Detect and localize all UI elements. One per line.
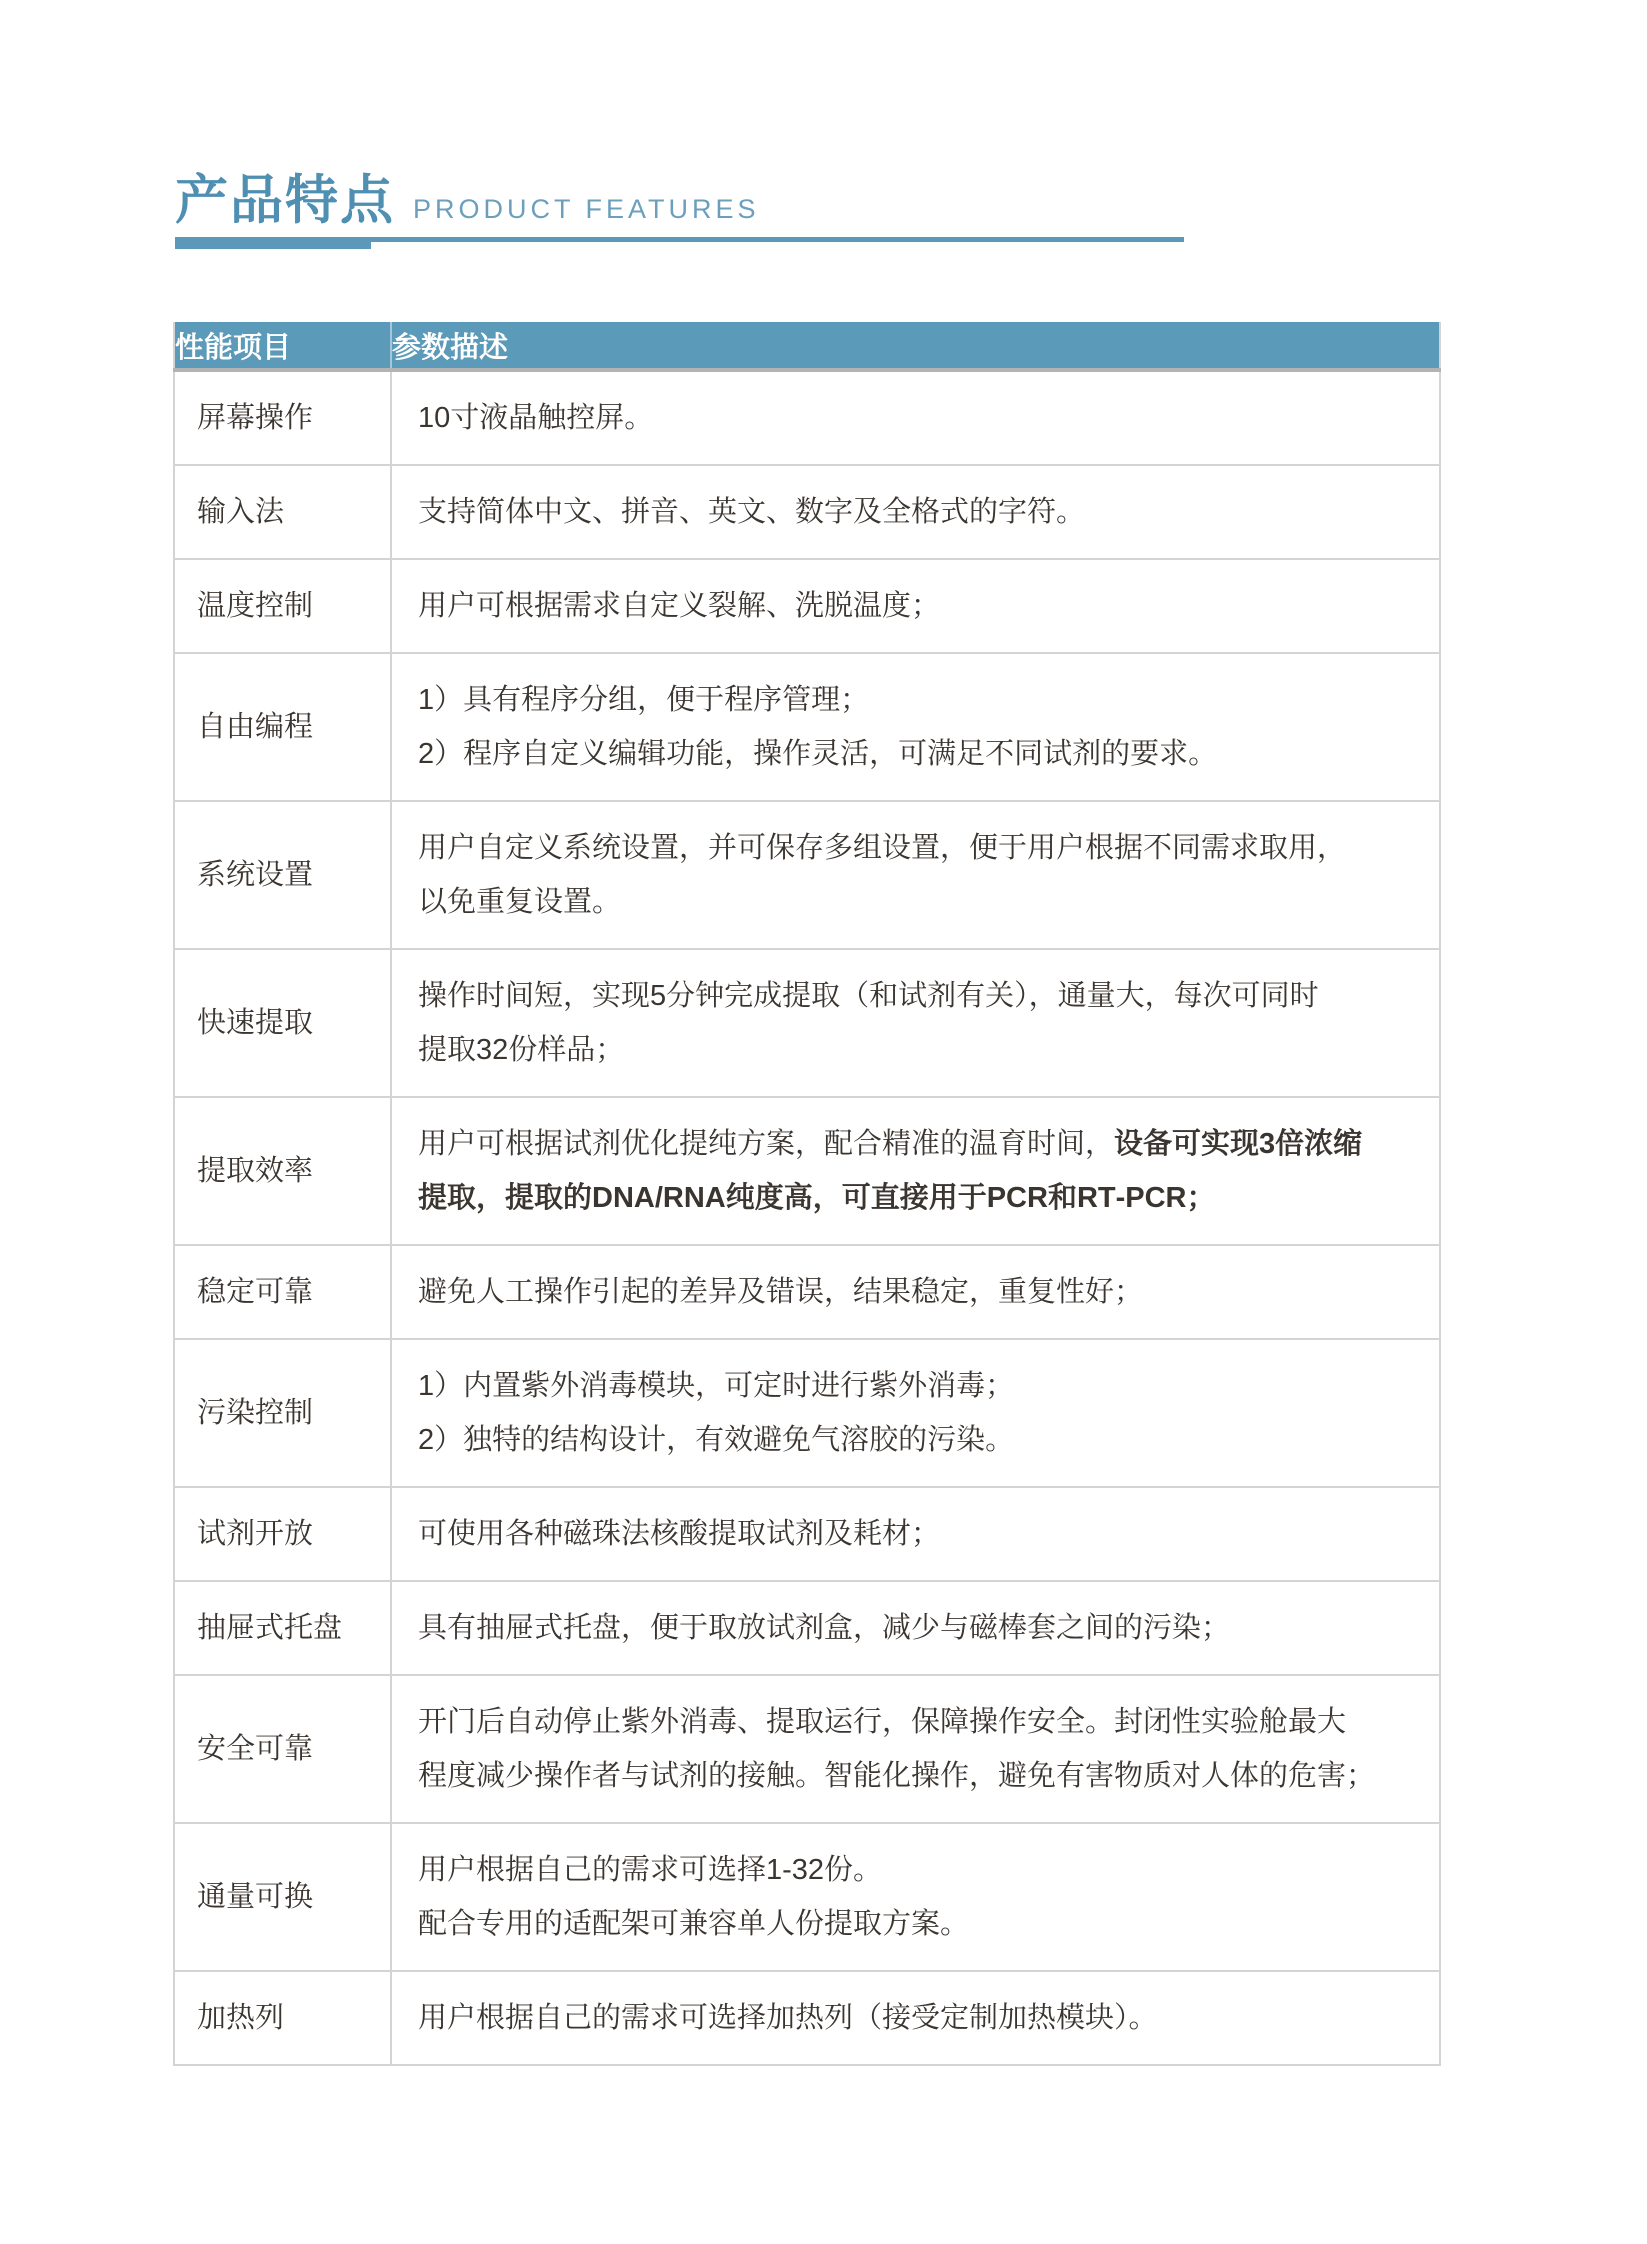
description-segment: 提取32份样品； (418, 1034, 624, 1066)
description-segment: 10寸液晶触控屏。 (418, 402, 653, 434)
feature-description-cell: 用户可根据需求自定义裂解、洗脱温度； (391, 559, 1440, 653)
description-segment: 2）程序自定义编辑功能，操作灵活，可满足不同试剂的要求。 (418, 738, 1217, 770)
description-line: 10寸液晶触控屏。 (418, 391, 1423, 445)
description-line: 可使用各种磁珠法核酸提取试剂及耗材； (418, 1507, 1423, 1561)
table-row: 提取效率用户可根据试剂优化提纯方案，配合精准的温育时间，设备可实现3倍浓缩提取，… (174, 1097, 1440, 1245)
description-line: 1）具有程序分组，便于程序管理； (418, 673, 1423, 727)
description-line: 提取，提取的DNA/RNA纯度高，可直接用于PCR和RT‐PCR； (418, 1171, 1423, 1225)
description-segment: 1）具有程序分组，便于程序管理； (418, 684, 869, 716)
table-row: 安全可靠开门后自动停止紫外消毒、提取运行，保障操作安全。封闭性实验舱最大程度减少… (174, 1675, 1440, 1823)
feature-description-cell: 用户根据自己的需求可选择1-32份。配合专用的适配架可兼容单人份提取方案。 (391, 1823, 1440, 1971)
features-table: 性能项目 参数描述 屏幕操作10寸液晶触控屏。输入法支持简体中文、拼音、英文、数… (173, 322, 1441, 2066)
feature-description-cell: 具有抽屉式托盘，便于取放试剂盒，减少与磁棒套之间的污染； (391, 1581, 1440, 1675)
feature-item-cell: 系统设置 (174, 801, 391, 949)
description-segment: 操作时间短，实现5分钟完成提取（和试剂有关），通量大，每次可同时 (418, 980, 1319, 1012)
feature-description-cell: 用户自定义系统设置，并可保存多组设置，便于用户根据不同需求取用，以免重复设置。 (391, 801, 1440, 949)
feature-item-cell: 污染控制 (174, 1339, 391, 1487)
description-segment: 用户根据自己的需求可选择1-32份。 (418, 1854, 882, 1886)
feature-description-cell: 10寸液晶触控屏。 (391, 370, 1440, 465)
description-segment-bold: 提取，提取的DNA/RNA纯度高，可直接用于PCR和RT‐PCR； (418, 1182, 1216, 1214)
table-row: 输入法支持简体中文、拼音、英文、数字及全格式的字符。 (174, 465, 1440, 559)
description-line: 2）程序自定义编辑功能，操作灵活，可满足不同试剂的要求。 (418, 727, 1423, 781)
feature-description-cell: 可使用各种磁珠法核酸提取试剂及耗材； (391, 1487, 1440, 1581)
description-segment: 避免人工操作引起的差异及错误，结果稳定，重复性好； (418, 1276, 1143, 1308)
table-row: 加热列用户根据自己的需求可选择加热列（接受定制加热模块）。 (174, 1971, 1440, 2065)
table-row: 试剂开放可使用各种磁珠法核酸提取试剂及耗材； (174, 1487, 1440, 1581)
description-segment: 2）独特的结构设计，有效避免气溶胶的污染。 (418, 1424, 1014, 1456)
section-title: 产品特点 PRODUCT FEATURES (175, 158, 760, 234)
title-underline-thick (175, 237, 371, 249)
feature-item-cell: 屏幕操作 (174, 370, 391, 465)
feature-description-cell: 支持简体中文、拼音、英文、数字及全格式的字符。 (391, 465, 1440, 559)
feature-item-cell: 稳定可靠 (174, 1245, 391, 1339)
section-title-en: PRODUCT FEATURES (413, 194, 760, 225)
feature-description-cell: 1）内置紫外消毒模块，可定时进行紫外消毒；2）独特的结构设计，有效避免气溶胶的污… (391, 1339, 1440, 1487)
description-segment: 具有抽屉式托盘，便于取放试剂盒，减少与磁棒套之间的污染； (418, 1612, 1230, 1644)
description-segment: 用户可根据试剂优化提纯方案，配合精准的温育时间， (418, 1128, 1114, 1160)
table-row: 稳定可靠避免人工操作引起的差异及错误，结果稳定，重复性好； (174, 1245, 1440, 1339)
table-row: 污染控制1）内置紫外消毒模块，可定时进行紫外消毒；2）独特的结构设计，有效避免气… (174, 1339, 1440, 1487)
description-line: 提取32份样品； (418, 1023, 1423, 1077)
description-segment: 程度减少操作者与试剂的接触。智能化操作，避免有害物质对人体的危害； (418, 1760, 1375, 1792)
description-segment-bold: 设备可实现3倍浓缩 (1114, 1128, 1362, 1160)
description-segment: 1）内置紫外消毒模块，可定时进行紫外消毒； (418, 1370, 1014, 1402)
description-line: 配合专用的适配架可兼容单人份提取方案。 (418, 1897, 1423, 1951)
description-segment: 用户可根据需求自定义裂解、洗脱温度； (418, 590, 940, 622)
features-table-body: 屏幕操作10寸液晶触控屏。输入法支持简体中文、拼音、英文、数字及全格式的字符。温… (174, 370, 1440, 2065)
table-row: 抽屉式托盘具有抽屉式托盘，便于取放试剂盒，减少与磁棒套之间的污染； (174, 1581, 1440, 1675)
description-segment: 可使用各种磁珠法核酸提取试剂及耗材； (418, 1518, 940, 1550)
feature-description-cell: 1）具有程序分组，便于程序管理；2）程序自定义编辑功能，操作灵活，可满足不同试剂… (391, 653, 1440, 801)
table-row: 通量可换用户根据自己的需求可选择1-32份。配合专用的适配架可兼容单人份提取方案… (174, 1823, 1440, 1971)
description-segment: 用户根据自己的需求可选择加热列（接受定制加热模块）。 (418, 2002, 1158, 2034)
description-line: 支持简体中文、拼音、英文、数字及全格式的字符。 (418, 485, 1423, 539)
section-title-zh: 产品特点 (175, 158, 395, 234)
feature-description-cell: 操作时间短，实现5分钟完成提取（和试剂有关），通量大，每次可同时提取32份样品； (391, 949, 1440, 1097)
feature-item-cell: 自由编程 (174, 653, 391, 801)
description-line: 用户可根据试剂优化提纯方案，配合精准的温育时间，设备可实现3倍浓缩 (418, 1117, 1423, 1171)
description-line: 用户根据自己的需求可选择1-32份。 (418, 1843, 1423, 1897)
feature-description-cell: 用户根据自己的需求可选择加热列（接受定制加热模块）。 (391, 1971, 1440, 2065)
feature-item-cell: 通量可换 (174, 1823, 391, 1971)
description-segment: 开门后自动停止紫外消毒、提取运行，保障操作安全。封闭性实验舱最大 (418, 1706, 1346, 1738)
description-line: 用户可根据需求自定义裂解、洗脱温度； (418, 579, 1423, 633)
table-row: 屏幕操作10寸液晶触控屏。 (174, 370, 1440, 465)
title-underline-thin (371, 237, 1184, 242)
description-segment: 支持简体中文、拼音、英文、数字及全格式的字符。 (418, 496, 1085, 528)
feature-item-cell: 抽屉式托盘 (174, 1581, 391, 1675)
table-row: 快速提取操作时间短，实现5分钟完成提取（和试剂有关），通量大，每次可同时提取32… (174, 949, 1440, 1097)
header-parameter-description: 参数描述 (391, 322, 1440, 370)
description-line: 程度减少操作者与试剂的接触。智能化操作，避免有害物质对人体的危害； (418, 1749, 1423, 1803)
table-header-row: 性能项目 参数描述 (174, 322, 1440, 370)
description-line: 具有抽屉式托盘，便于取放试剂盒，减少与磁棒套之间的污染； (418, 1601, 1423, 1655)
feature-description-cell: 避免人工操作引起的差异及错误，结果稳定，重复性好； (391, 1245, 1440, 1339)
description-line: 开门后自动停止紫外消毒、提取运行，保障操作安全。封闭性实验舱最大 (418, 1695, 1423, 1749)
description-line: 用户根据自己的需求可选择加热列（接受定制加热模块）。 (418, 1991, 1423, 2045)
feature-item-cell: 输入法 (174, 465, 391, 559)
description-line: 1）内置紫外消毒模块，可定时进行紫外消毒； (418, 1359, 1423, 1413)
description-line: 以免重复设置。 (418, 875, 1423, 929)
feature-item-cell: 温度控制 (174, 559, 391, 653)
table-row: 温度控制用户可根据需求自定义裂解、洗脱温度； (174, 559, 1440, 653)
description-line: 避免人工操作引起的差异及错误，结果稳定，重复性好； (418, 1265, 1423, 1319)
header-performance-item: 性能项目 (174, 322, 391, 370)
description-segment: 配合专用的适配架可兼容单人份提取方案。 (418, 1908, 969, 1940)
description-line: 2）独特的结构设计，有效避免气溶胶的污染。 (418, 1413, 1423, 1467)
feature-item-cell: 提取效率 (174, 1097, 391, 1245)
table-row: 系统设置用户自定义系统设置，并可保存多组设置，便于用户根据不同需求取用，以免重复… (174, 801, 1440, 949)
brochure-page: 产品特点 PRODUCT FEATURES 性能项目 参数描述 屏幕操作10寸液… (0, 0, 1647, 2244)
feature-item-cell: 快速提取 (174, 949, 391, 1097)
description-line: 用户自定义系统设置，并可保存多组设置，便于用户根据不同需求取用， (418, 821, 1423, 875)
table-row: 自由编程1）具有程序分组，便于程序管理；2）程序自定义编辑功能，操作灵活，可满足… (174, 653, 1440, 801)
feature-item-cell: 安全可靠 (174, 1675, 391, 1823)
description-line: 操作时间短，实现5分钟完成提取（和试剂有关），通量大，每次可同时 (418, 969, 1423, 1023)
description-segment: 以免重复设置。 (418, 886, 621, 918)
feature-item-cell: 加热列 (174, 1971, 391, 2065)
feature-description-cell: 开门后自动停止紫外消毒、提取运行，保障操作安全。封闭性实验舱最大程度减少操作者与… (391, 1675, 1440, 1823)
description-segment: 用户自定义系统设置，并可保存多组设置，便于用户根据不同需求取用， (418, 832, 1346, 864)
feature-description-cell: 用户可根据试剂优化提纯方案，配合精准的温育时间，设备可实现3倍浓缩提取，提取的D… (391, 1097, 1440, 1245)
feature-item-cell: 试剂开放 (174, 1487, 391, 1581)
